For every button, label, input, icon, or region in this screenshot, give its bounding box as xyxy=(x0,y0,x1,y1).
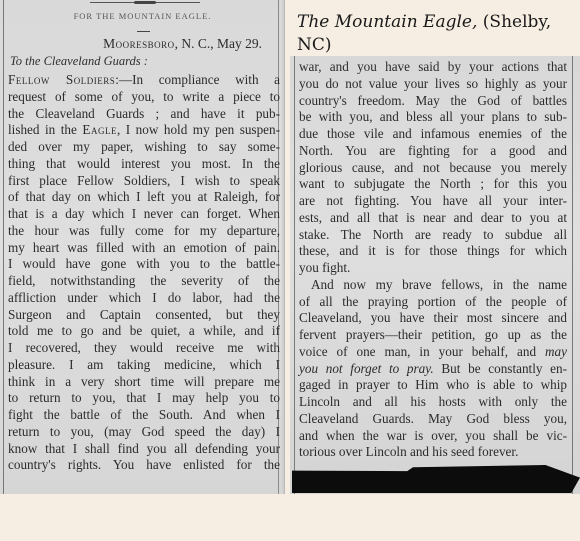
text-line: gaged in prayer to Him who is able to wh… xyxy=(299,377,567,394)
newspaper-clipping-right-column: war, and you have said by your actions t… xyxy=(290,56,580,494)
text-line: you fight. xyxy=(299,260,567,277)
ornamental-divider xyxy=(90,1,200,4)
column-rule xyxy=(572,56,573,494)
text-line: that is a day which I never can forget. … xyxy=(8,206,280,223)
text-line: you not forget to pray. But be constantl… xyxy=(299,361,567,378)
torn-edge-blackout xyxy=(292,465,580,493)
dateline: Mooresboro, N. C., May 29. xyxy=(0,36,262,52)
text-line: I would have gone with you to the battle… xyxy=(8,256,280,273)
text-line: fervent prayers—their petition, go up as… xyxy=(299,327,567,344)
dateline-place: Mooresboro xyxy=(103,36,175,51)
text-line: of that day on which I left you at Ralei… xyxy=(8,189,280,206)
text-line: Lincoln and all his hosts with only the xyxy=(299,394,567,411)
text-line: want to subjugate the North ; for this y… xyxy=(299,176,567,193)
text-line: return to you, (may God speed the day) I xyxy=(8,424,280,441)
text-line: torious over Lincoln and his seed foreve… xyxy=(299,444,567,461)
text-line: you do not value your lives so highly as… xyxy=(299,76,567,93)
text-line: stake. The North are ready to subdue all xyxy=(299,227,567,244)
dateline-date: , N. C., May 29. xyxy=(175,36,262,51)
text-line: ded over my paper, wishing to say some- xyxy=(8,139,280,156)
text-line: affliction under which I do labor, had t… xyxy=(8,290,280,307)
text-line: first place Fellow Soldiers, I wish to s… xyxy=(8,173,280,190)
article-body-left: Fellow Soldiers:—In compliance with areq… xyxy=(8,72,280,474)
text-line: told me to go and be quiet, a while, and… xyxy=(8,323,280,340)
text-line: to return to you, that I may help you to xyxy=(8,390,280,407)
text-line: pleasure. I am taking medicine, which I xyxy=(8,357,280,374)
text-line: field, notwithstanding the severity of t… xyxy=(8,273,280,290)
column-rule xyxy=(3,0,4,494)
text-line: Fellow Soldiers:—In compliance with a xyxy=(8,72,280,89)
text-line: my heart was filled with an emotion of p… xyxy=(8,240,280,257)
text-line: Surgeon and Captain consented, but they xyxy=(8,307,280,324)
salutation: To the Cleaveland Guards : xyxy=(10,54,148,69)
column-rule xyxy=(294,56,295,494)
newspaper-title: The Mountain Eagle, xyxy=(297,12,477,32)
text-line: be with you, and bless all your plans to… xyxy=(299,109,567,126)
short-divider xyxy=(137,31,150,32)
text-line: think in a very short time will prepare … xyxy=(8,374,280,391)
text-line: Cleaveland Guards. May God bless you, xyxy=(299,411,567,428)
text-line: country's freedom. May the God of battle… xyxy=(299,93,567,110)
text-line: these, and it is for those things for wh… xyxy=(299,243,567,260)
text-line: thing that would interest you most. In t… xyxy=(8,156,280,173)
text-line: and when the war is over, you shall be v… xyxy=(299,428,567,445)
text-line: voice of one man, in your behalf, and ma… xyxy=(299,344,567,361)
text-line: And now my brave fellows, in the name xyxy=(299,277,567,294)
text-line: war, and you have said by your actions t… xyxy=(299,59,567,76)
text-line: country's rights. You have enlisted for … xyxy=(8,457,280,474)
column-edge xyxy=(282,0,284,494)
text-line: glorious cause, and not because you mere… xyxy=(299,160,567,177)
text-line: know that I shall find you all defending… xyxy=(8,441,280,458)
text-line: Cleaveland, you have their most sincere … xyxy=(299,310,567,327)
text-line: are not fighting. You have all your inte… xyxy=(299,193,567,210)
newspaper-clipping-left-column: FOR THE MOUNTAIN EAGLE. Mooresboro, N. C… xyxy=(0,0,285,494)
text-line: North. You are fighting for a good and xyxy=(299,143,567,160)
text-line: the Cleaveland Guards ; and have it pub- xyxy=(8,106,280,123)
article-body-right: war, and you have said by your actions t… xyxy=(299,59,567,461)
text-line: I recovered, they would receive me with xyxy=(8,340,280,357)
text-line: the hour was fully come for my departure… xyxy=(8,223,280,240)
text-line: due those vile and infamous enemies of t… xyxy=(299,126,567,143)
text-line: of all the praying portion of the people… xyxy=(299,294,567,311)
text-line: request of some of you, to write a piece… xyxy=(8,89,280,106)
article-heading: FOR THE MOUNTAIN EAGLE. xyxy=(0,11,285,21)
text-line: fight the battle of the South. And when … xyxy=(8,407,280,424)
text-line: ests, and all that is near and dear to y… xyxy=(299,210,567,227)
text-line: lished in the Eagle, I now hold my pen s… xyxy=(8,122,280,139)
